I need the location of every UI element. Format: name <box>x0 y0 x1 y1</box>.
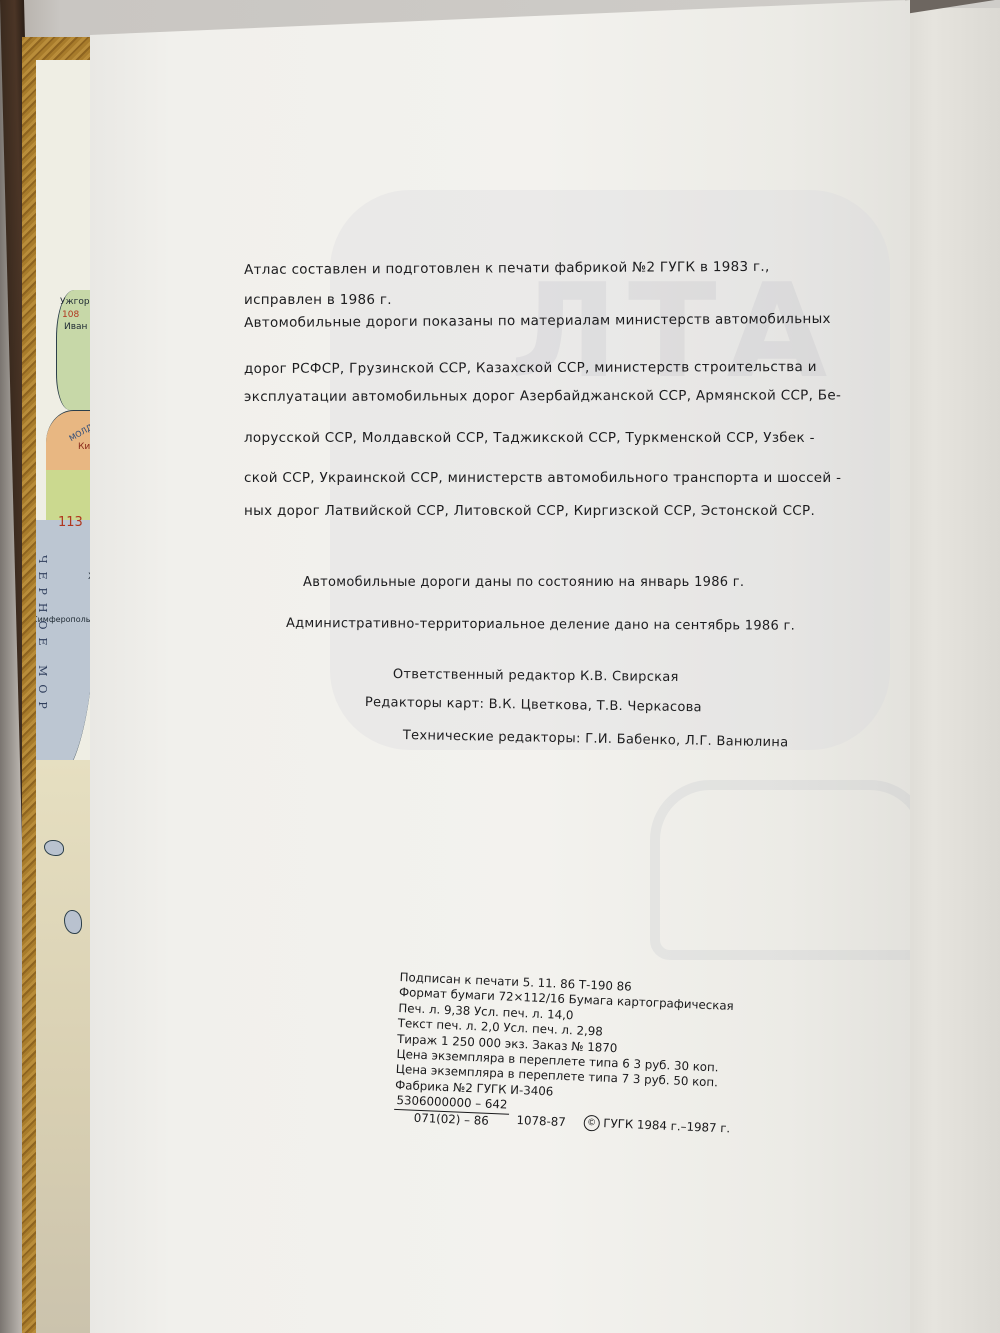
map-label-route: 108 <box>62 310 79 320</box>
credit-responsible-editor: Ответственный редактор К.В. Свирская <box>393 667 679 685</box>
map-page-edge: Ужгор 108 Иван МОЛДАВСКАЯ Кир 113 Х Симф… <box>36 60 96 1333</box>
sources-line-6: ных дорог Латвийской ССР, Литовской ССР,… <box>244 503 815 519</box>
credit-role: Ответственный редактор <box>393 667 576 684</box>
map-lake <box>64 910 82 934</box>
imprint-block: Подписан к печати 5. 11. 86 Т-190 86 Фор… <box>394 970 737 1139</box>
map-label-region-number: 113 <box>58 515 83 530</box>
copyright-text: ГУГК 1984 г.–1987 г. <box>603 1116 731 1135</box>
index-suffix: 1078-87 <box>516 1113 566 1130</box>
showthrough-title: ЛТА <box>510 255 837 407</box>
colophon-page: ЛТА <box>90 0 910 1333</box>
intro-line-2: исправлен в 1986 г. <box>244 292 392 308</box>
copyright-icon: © <box>583 1115 600 1132</box>
credit-names: К.В. Свирская <box>580 669 679 685</box>
sources-line-3: эксплуатации автомобильных дорог Азербай… <box>244 387 841 405</box>
map-label-sea: ЧЕРНОЕ МОР <box>36 555 49 717</box>
sources-line-5: ской ССР, Украинской ССР, министерств ав… <box>244 470 841 486</box>
map-label-city: Иван <box>64 322 87 332</box>
map-lake <box>44 840 64 856</box>
intro-line-1: Атлас составлен и подготовлен к печати ф… <box>244 259 770 278</box>
credit-role: Редакторы карт: <box>365 695 485 712</box>
index-fraction: 5306000000 – 642 071(02) – 86 <box>394 1093 510 1130</box>
admin-division-status-line: Административно-территориальное деление … <box>286 616 795 634</box>
roads-status-line: Автомобильные дороги даны по состоянию н… <box>303 575 744 590</box>
next-page-edge <box>905 8 1000 1333</box>
map-label-city: Ужгор <box>60 297 90 307</box>
sources-line-2: дорог РСФСР, Грузинской ССР, Казахской С… <box>244 359 817 377</box>
showthrough-car-illustration <box>650 780 930 960</box>
sources-line-4: лорусской ССР, Молдавской ССР, Таджикско… <box>244 430 815 446</box>
